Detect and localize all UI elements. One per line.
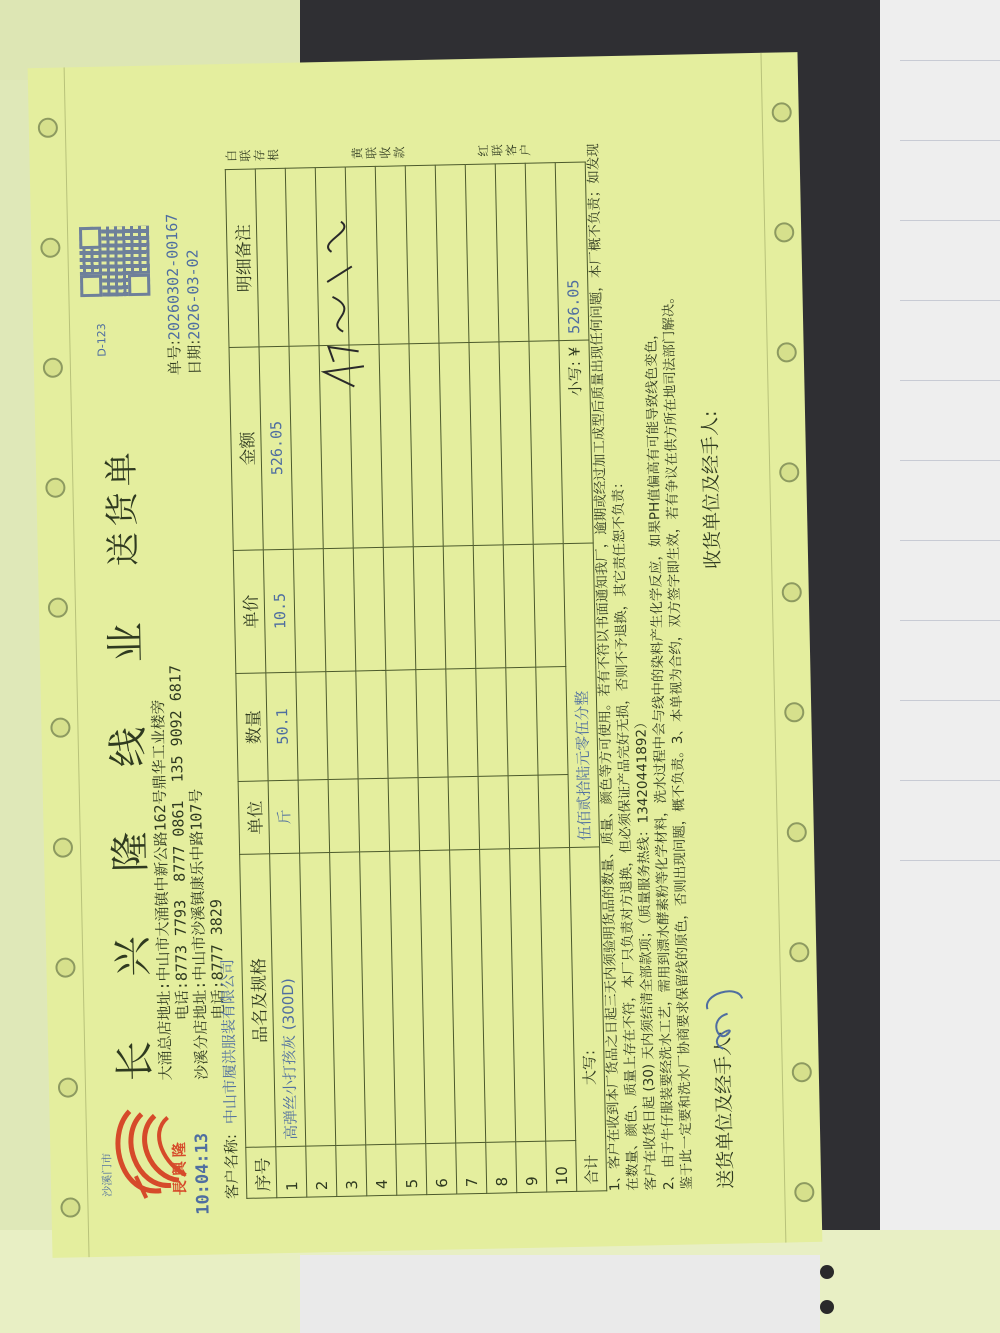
col-header-note: 明细备注 (225, 169, 259, 348)
cell-price (533, 544, 566, 668)
cell-unit (418, 777, 450, 851)
col-header-amount: 金额 (229, 347, 263, 551)
cell-qty (296, 672, 328, 781)
cell-qty (386, 670, 418, 779)
cell-amount (439, 343, 473, 547)
background-paper-bottom (300, 1255, 820, 1333)
customer-name: 中山市履洪服装有限公司 (218, 959, 239, 1124)
perforation-strip-bottom (760, 52, 822, 1243)
cell-unit (298, 780, 330, 854)
perforation-hole (820, 1265, 834, 1279)
cell-qty (446, 668, 478, 777)
cell-unit (478, 776, 510, 850)
main-phone-label: 电话: (173, 981, 192, 1020)
form-code: D-123 (95, 323, 109, 357)
cell-note (465, 164, 499, 343)
doc-date-value: 2026-03-02 (183, 249, 203, 340)
perforation-hole (820, 1300, 834, 1314)
cell-unit: 斤 (268, 780, 300, 854)
main-store-label: 大涌总店地址: (155, 981, 175, 1080)
cell-qty: 50.1 (266, 672, 298, 781)
cell-no: 7 (456, 1142, 487, 1194)
cell-no: 10 (546, 1140, 577, 1192)
copy-label-white: 白联存根 (224, 139, 280, 162)
cell-unit (508, 775, 540, 849)
lowercase-amount: 526.05 (555, 162, 589, 341)
doc-date-label: 日期: (185, 340, 204, 375)
cell-qty (476, 668, 508, 777)
cell-note (525, 163, 559, 342)
cell-amount (499, 341, 533, 545)
cell-note (435, 165, 469, 344)
cell-price (293, 549, 326, 673)
qr-code-icon (79, 226, 150, 297)
cell-qty (506, 667, 538, 776)
cell-no: 4 (366, 1144, 397, 1196)
cell-note (495, 163, 529, 342)
copy-label-red: 红联客户 (476, 134, 532, 157)
cell-no: 6 (426, 1143, 457, 1195)
col-header-no: 序号 (246, 1147, 277, 1199)
cell-amount (469, 342, 503, 546)
branch-address: 中山市沙溪镇康乐中路107号 (187, 789, 209, 981)
doc-number-label: 单号: (165, 340, 184, 375)
cell-no: 2 (306, 1145, 337, 1197)
cell-price (473, 545, 506, 669)
cell-price (383, 547, 416, 671)
cell-price (413, 546, 446, 670)
cell-amount (529, 341, 563, 545)
customer: 客户名称:中山市履洪服装有限公司 (216, 959, 242, 1199)
col-header-price: 单价 (233, 550, 266, 674)
cell-no: 5 (396, 1144, 427, 1196)
form-title: 送货单 (94, 446, 146, 567)
cell-unit (388, 778, 420, 852)
cell-price (323, 548, 356, 672)
handwritten-signature (311, 211, 375, 392)
branch-label: 沙溪分店地址: (191, 981, 211, 1080)
cell-price (353, 547, 386, 671)
cell-note (375, 166, 409, 345)
col-header-unit: 单位 (238, 781, 270, 855)
customer-label: 客户名称: (222, 1134, 241, 1199)
lowercase-label: 小写: ¥ (559, 340, 593, 544)
total-label: 合计 (583, 1154, 602, 1184)
doc-date: 日期:2026-03-02 (181, 249, 205, 375)
col-header-qty: 数量 (236, 673, 268, 782)
copy-label-yellow: 黄联收款 (350, 136, 406, 159)
cell-unit (448, 776, 480, 850)
cell-no: 1 (276, 1146, 307, 1198)
cell-qty (536, 667, 568, 776)
uppercase-label: 大写: (580, 1050, 599, 1085)
receiver-signature-label: 收货单位及经手人: (695, 410, 725, 569)
print-time: 10:04:13 (192, 1133, 214, 1215)
cell-price: 10.5 (263, 549, 296, 673)
cell-amount: 526.05 (259, 346, 293, 550)
cell-note (255, 168, 289, 347)
sender-signature-label: 送货单位及经手人: (712, 1030, 737, 1189)
cell-no: 8 (486, 1142, 517, 1194)
cell-qty (356, 670, 388, 779)
cell-amount (379, 344, 413, 548)
background-paper-right (880, 0, 1000, 1333)
cell-amount (409, 343, 443, 547)
logo-caption: 沙溪门市 (98, 1153, 115, 1197)
cell-unit (538, 775, 570, 849)
doc-number-value: 20260302-00167 (163, 214, 184, 341)
delivery-note: 沙溪门市 長興隆 10:04:13 长 兴 隆 线 业 送货单 大涌总店地址:中… (28, 52, 823, 1258)
logo-brand-name: 長興隆 (168, 1138, 190, 1195)
cell-no: 3 (336, 1145, 367, 1197)
cell-no: 9 (516, 1141, 547, 1193)
handwritten-initials (697, 973, 749, 1054)
cell-qty (326, 671, 358, 780)
cell-unit (328, 779, 360, 853)
copy-labels: 白联存根 黄联收款 红联客户 (224, 132, 602, 162)
cell-price (503, 544, 536, 668)
cell-qty (416, 669, 448, 778)
cell-unit (358, 778, 390, 852)
cell-price (443, 545, 476, 669)
cell-note (405, 165, 439, 344)
items-table: 序号 品名及规格 单位 数量 单价 金额 明细备注 1 高弹丝小打孩灰 (300… (225, 162, 607, 1199)
